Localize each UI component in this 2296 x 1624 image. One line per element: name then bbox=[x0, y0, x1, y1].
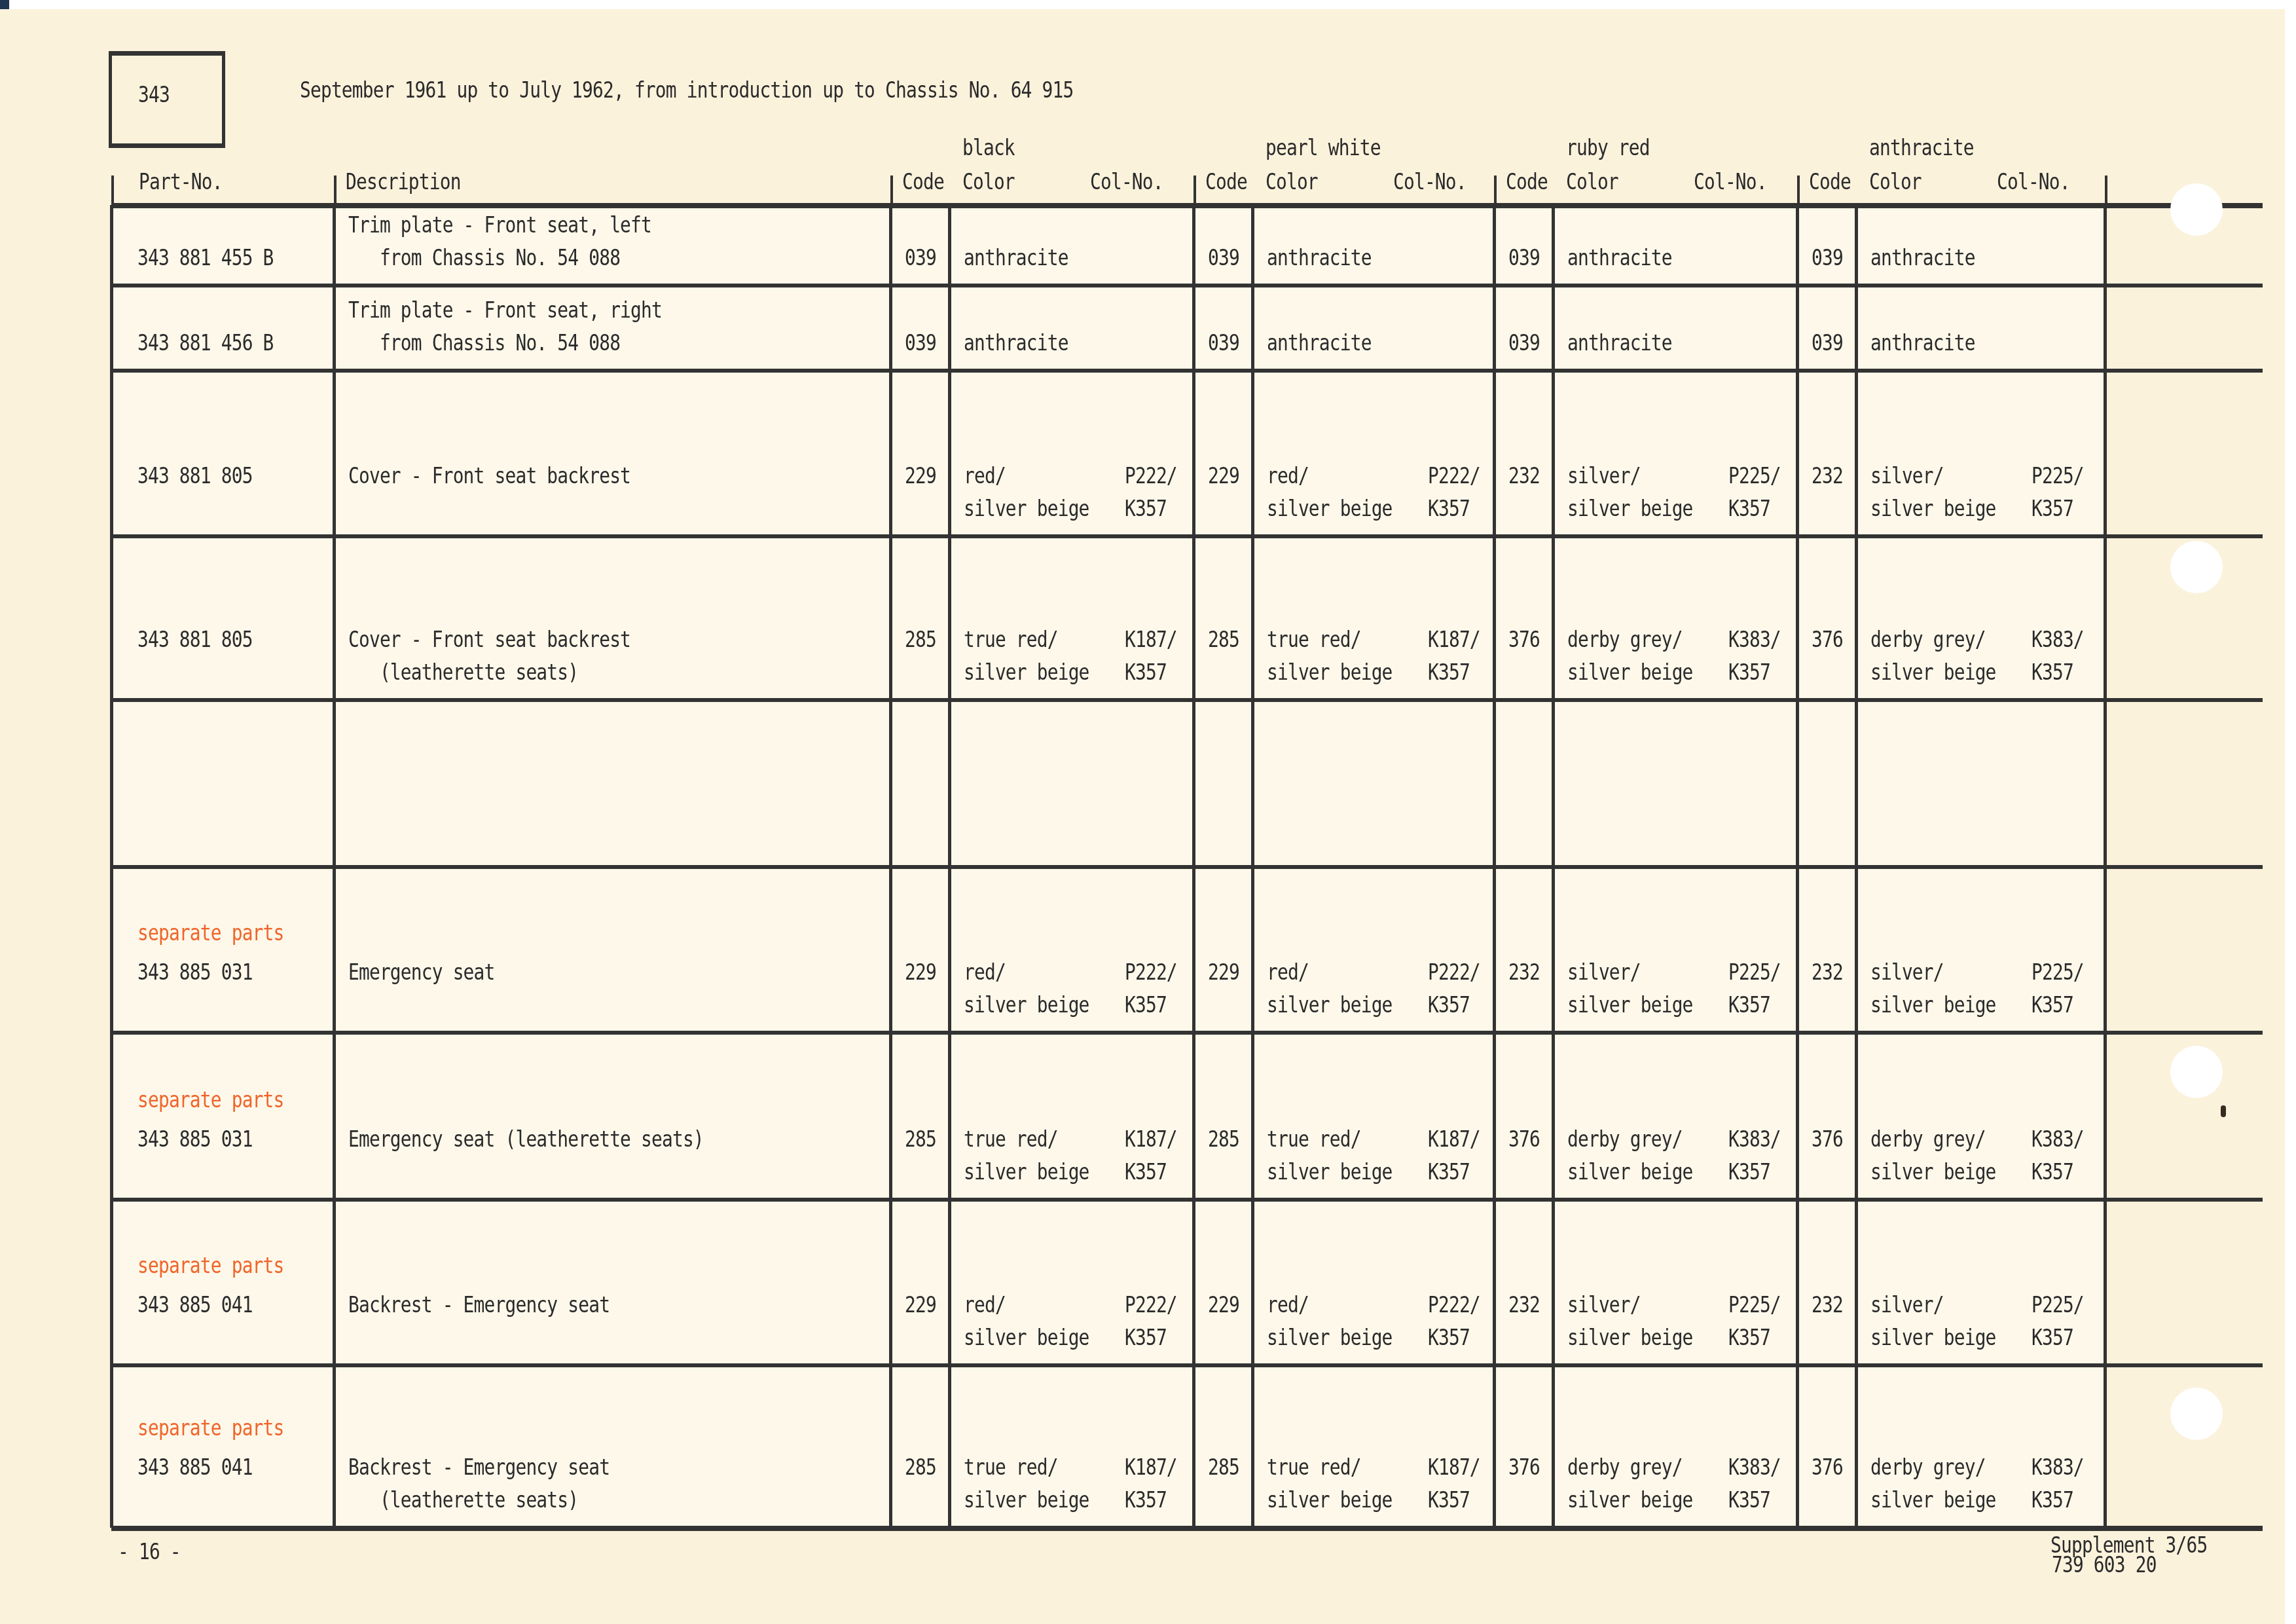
trim-color-line-2: silver beige bbox=[1567, 496, 1693, 522]
trim-color-line-1: true red/ bbox=[1267, 627, 1361, 653]
description-line-1: Trim plate - Front seat, right bbox=[348, 297, 662, 323]
col-no-line-1: P222/ bbox=[1428, 463, 1480, 489]
header-code: Code bbox=[1506, 169, 1548, 195]
column-divider bbox=[1251, 205, 1254, 1528]
color-code: 232 bbox=[1812, 1292, 1843, 1318]
trim-color-line-2: silver beige bbox=[1870, 496, 1996, 522]
trim-color-line-2: silver beige bbox=[1567, 1159, 1693, 1185]
part-number: 343 885 031 bbox=[137, 1126, 253, 1153]
description-line-1: Backrest - Emergency seat bbox=[348, 1454, 610, 1481]
col-no-line-2: K357 bbox=[1428, 496, 1470, 522]
punch-hole bbox=[2170, 1388, 2223, 1440]
color-code: 039 bbox=[1812, 330, 1843, 356]
col-no-line-1: K187/ bbox=[1125, 1126, 1177, 1153]
punch-hole bbox=[2170, 541, 2223, 593]
header-col-no: Col-No. bbox=[1090, 169, 1163, 195]
trim-color-line-1: true red/ bbox=[964, 627, 1058, 653]
color-code: 285 bbox=[905, 1126, 936, 1153]
color-code: 229 bbox=[905, 959, 936, 986]
trim-color-line-2: silver beige bbox=[1567, 992, 1693, 1018]
trim-color-line-1: silver/ bbox=[1567, 463, 1641, 489]
header-divider bbox=[1494, 175, 1497, 205]
color-code: 229 bbox=[1208, 959, 1239, 986]
trim-color-line-1: silver/ bbox=[1870, 463, 1944, 489]
color-code: 376 bbox=[1508, 1126, 1540, 1153]
col-no-line-1: K187/ bbox=[1125, 1454, 1177, 1481]
punch-hole bbox=[2170, 1046, 2223, 1098]
color-code: 229 bbox=[1208, 463, 1239, 489]
separate-parts-note: separate parts bbox=[137, 1415, 284, 1441]
trim-color-line-2: silver beige bbox=[1567, 659, 1693, 686]
trim-color-line-2: silver beige bbox=[1870, 1487, 1996, 1513]
header-divider bbox=[111, 175, 114, 205]
col-no-line-1: K383/ bbox=[2032, 627, 2084, 653]
header-color: Color bbox=[962, 169, 1015, 195]
row-divider bbox=[111, 1363, 2263, 1367]
color-code: 039 bbox=[1208, 245, 1239, 271]
description-line-2: from Chassis No. 54 088 bbox=[348, 330, 620, 356]
col-no-line-1: P222/ bbox=[1428, 959, 1480, 986]
color-code: 285 bbox=[1208, 627, 1239, 653]
color-code: 232 bbox=[1508, 959, 1540, 986]
trim-color-line-1: red/ bbox=[964, 959, 1006, 986]
col-no-line-2: K357 bbox=[1428, 1325, 1470, 1351]
col-no-line-1: P225/ bbox=[2032, 1292, 2084, 1318]
trim-color-line-1: red/ bbox=[964, 463, 1006, 489]
part-number: 343 881 456 B bbox=[137, 330, 274, 356]
header-divider bbox=[890, 175, 893, 205]
description-line-2: (leatherette seats) bbox=[348, 1487, 578, 1513]
trim-color-line-1: red/ bbox=[964, 1292, 1006, 1318]
row-divider bbox=[111, 284, 2263, 287]
trim-color-line-1: derby grey/ bbox=[1870, 627, 1986, 653]
part-number: 343 881 805 bbox=[137, 627, 253, 653]
description-line-2: from Chassis No. 54 088 bbox=[348, 245, 620, 271]
description-line-1: Emergency seat (leatherette seats) bbox=[348, 1126, 704, 1153]
col-no-line-1: K383/ bbox=[1728, 1454, 1781, 1481]
header-divider bbox=[1797, 175, 1800, 205]
color-code: 039 bbox=[1508, 330, 1540, 356]
col-no-line-2: K357 bbox=[2032, 992, 2073, 1018]
trim-color-line-2: silver beige bbox=[1267, 496, 1393, 522]
column-divider bbox=[333, 205, 336, 1528]
row-divider bbox=[111, 1526, 2263, 1531]
description-line-1: Trim plate - Front seat, left bbox=[348, 212, 651, 238]
part-number: 343 885 041 bbox=[137, 1454, 253, 1481]
column-divider bbox=[948, 205, 951, 1528]
trim-color-line-1: red/ bbox=[1267, 959, 1309, 986]
trim-color-line-1: true red/ bbox=[964, 1454, 1058, 1481]
header-color: Color bbox=[1566, 169, 1618, 195]
separate-parts-note: separate parts bbox=[137, 1253, 284, 1279]
color-code: 376 bbox=[1812, 1126, 1843, 1153]
trim-color-line-1: true red/ bbox=[1267, 1126, 1361, 1153]
header-color: Color bbox=[1869, 169, 1922, 195]
trim-color-line-2: silver beige bbox=[964, 1159, 1089, 1185]
color-code: 232 bbox=[1812, 463, 1843, 489]
trim-color-line-1: red/ bbox=[1267, 1292, 1309, 1318]
color-code: 285 bbox=[1208, 1126, 1239, 1153]
col-no-line-1: P222/ bbox=[1125, 463, 1177, 489]
row-divider bbox=[111, 1198, 2263, 1202]
col-no-line-2: K357 bbox=[2032, 1325, 2073, 1351]
trim-color-line-1: anthracite bbox=[1567, 245, 1672, 271]
header-description: Description bbox=[346, 169, 461, 195]
trim-color-line-1: silver/ bbox=[1567, 1292, 1641, 1318]
header-code: Code bbox=[1205, 169, 1247, 195]
col-no-line-2: K357 bbox=[1728, 1159, 1770, 1185]
color-code: 229 bbox=[1208, 1292, 1239, 1318]
part-number: 343 885 031 bbox=[137, 959, 253, 986]
color-code: 232 bbox=[1508, 1292, 1540, 1318]
col-no-line-1: P222/ bbox=[1125, 1292, 1177, 1318]
col-no-line-2: K357 bbox=[2032, 659, 2073, 686]
col-no-line-2: K357 bbox=[1728, 1325, 1770, 1351]
trim-color-line-1: true red/ bbox=[1267, 1454, 1361, 1481]
row-divider bbox=[111, 369, 2263, 373]
trim-color-line-2: silver beige bbox=[964, 496, 1089, 522]
trim-color-line-2: silver beige bbox=[1567, 1325, 1693, 1351]
trim-color-line-2: silver beige bbox=[1267, 1487, 1393, 1513]
trim-color-line-1: derby grey/ bbox=[1870, 1454, 1986, 1481]
color-code: 376 bbox=[1812, 1454, 1843, 1481]
col-no-line-2: K357 bbox=[1428, 1159, 1470, 1185]
trim-color-line-2: silver beige bbox=[964, 1487, 1089, 1513]
col-no-line-2: K357 bbox=[1125, 1487, 1167, 1513]
header-part-no: Part-No. bbox=[139, 169, 223, 195]
page-title: September 1961 up to July 1962, from int… bbox=[300, 77, 1073, 103]
header-body-color: ruby red bbox=[1566, 135, 1650, 161]
trim-color-line-2: silver beige bbox=[1267, 1159, 1393, 1185]
header-color: Color bbox=[1266, 169, 1318, 195]
color-code: 285 bbox=[905, 1454, 936, 1481]
column-divider bbox=[2104, 205, 2107, 1528]
col-no-line-1: K383/ bbox=[2032, 1126, 2084, 1153]
col-no-line-1: K187/ bbox=[1428, 627, 1480, 653]
trim-color-line-1: anthracite bbox=[1870, 330, 1975, 356]
row-divider bbox=[111, 203, 2263, 208]
trim-color-line-1: anthracite bbox=[1267, 245, 1372, 271]
trim-color-line-1: silver/ bbox=[1870, 959, 1944, 986]
col-no-line-1: P225/ bbox=[1728, 463, 1781, 489]
column-divider bbox=[1493, 205, 1496, 1528]
color-code: 039 bbox=[905, 330, 936, 356]
description-line-1: Emergency seat bbox=[348, 959, 495, 986]
part-number: 343 881 805 bbox=[137, 463, 253, 489]
header-divider bbox=[334, 175, 337, 205]
color-code: 376 bbox=[1508, 627, 1540, 653]
col-no-line-2: K357 bbox=[1728, 1487, 1770, 1513]
trim-color-line-1: derby grey/ bbox=[1567, 1454, 1683, 1481]
header-body-color: anthracite bbox=[1869, 135, 1974, 161]
trim-color-line-1: anthracite bbox=[964, 245, 1068, 271]
part-number: 343 885 041 bbox=[137, 1292, 253, 1318]
col-no-line-1: K187/ bbox=[1428, 1126, 1480, 1153]
trim-color-line-1: true red/ bbox=[964, 1126, 1058, 1153]
col-no-line-1: P225/ bbox=[1728, 959, 1781, 986]
description-line-1: Cover - Front seat backrest bbox=[348, 463, 630, 489]
trim-color-line-2: silver beige bbox=[964, 659, 1089, 686]
color-code: 229 bbox=[905, 463, 936, 489]
header-col-no: Col-No. bbox=[1997, 169, 2070, 195]
row-divider bbox=[111, 865, 2263, 869]
col-no-line-2: K357 bbox=[2032, 1159, 2073, 1185]
trim-color-line-2: silver beige bbox=[1267, 659, 1393, 686]
color-code: 376 bbox=[1508, 1454, 1540, 1481]
col-no-line-1: P225/ bbox=[2032, 463, 2084, 489]
col-no-line-1: K187/ bbox=[1125, 627, 1177, 653]
color-code: 039 bbox=[1812, 245, 1843, 271]
header-col-no: Col-No. bbox=[1393, 169, 1467, 195]
punch-hole bbox=[2170, 183, 2223, 236]
trim-color-line-1: silver/ bbox=[1567, 959, 1641, 986]
column-divider bbox=[1796, 205, 1799, 1528]
trim-color-line-2: silver beige bbox=[1267, 992, 1393, 1018]
trim-color-line-2: silver beige bbox=[1870, 1325, 1996, 1351]
header-col-no: Col-No. bbox=[1694, 169, 1767, 195]
col-no-line-2: K357 bbox=[1728, 992, 1770, 1018]
color-code: 229 bbox=[905, 1292, 936, 1318]
trim-color-line-1: silver/ bbox=[1870, 1292, 1944, 1318]
row-divider bbox=[111, 698, 2263, 702]
section-number: 343 bbox=[138, 82, 170, 108]
col-no-line-2: K357 bbox=[1428, 992, 1470, 1018]
section-number-box: 343 bbox=[109, 51, 225, 148]
color-code: 232 bbox=[1508, 463, 1540, 489]
trim-color-line-2: silver beige bbox=[964, 1325, 1089, 1351]
ink-mark bbox=[2221, 1105, 2226, 1117]
trim-color-line-1: anthracite bbox=[1870, 245, 1975, 271]
col-no-line-1: P222/ bbox=[1428, 1292, 1480, 1318]
trim-color-line-1: anthracite bbox=[1267, 330, 1372, 356]
column-divider bbox=[110, 205, 113, 1528]
trim-color-line-1: anthracite bbox=[964, 330, 1068, 356]
col-no-line-1: K383/ bbox=[2032, 1454, 2084, 1481]
header-body-color: black bbox=[962, 135, 1015, 161]
trim-color-line-2: silver beige bbox=[1870, 992, 1996, 1018]
page-number: - 16 - bbox=[118, 1539, 181, 1565]
col-no-line-2: K357 bbox=[1428, 659, 1470, 686]
description-line-1: Backrest - Emergency seat bbox=[348, 1292, 610, 1318]
color-code: 376 bbox=[1812, 627, 1843, 653]
column-divider bbox=[1552, 205, 1555, 1528]
column-divider bbox=[1192, 205, 1195, 1528]
header-body-color: pearl white bbox=[1266, 135, 1381, 161]
col-no-line-2: K357 bbox=[1125, 496, 1167, 522]
trim-color-line-1: red/ bbox=[1267, 463, 1309, 489]
col-no-line-2: K357 bbox=[1125, 659, 1167, 686]
trim-color-line-1: derby grey/ bbox=[1567, 1126, 1683, 1153]
trim-color-line-1: derby grey/ bbox=[1567, 627, 1683, 653]
color-code: 039 bbox=[905, 245, 936, 271]
col-no-line-2: K357 bbox=[1125, 1159, 1167, 1185]
color-code: 232 bbox=[1812, 959, 1843, 986]
col-no-line-1: K383/ bbox=[1728, 627, 1781, 653]
trim-color-line-1: anthracite bbox=[1567, 330, 1672, 356]
col-no-line-2: K357 bbox=[2032, 1487, 2073, 1513]
col-no-line-2: K357 bbox=[1125, 1325, 1167, 1351]
col-no-line-2: K357 bbox=[1728, 659, 1770, 686]
col-no-line-2: K357 bbox=[1728, 496, 1770, 522]
col-no-line-1: P225/ bbox=[2032, 959, 2084, 986]
trim-color-line-1: derby grey/ bbox=[1870, 1126, 1986, 1153]
col-no-line-1: K187/ bbox=[1428, 1454, 1480, 1481]
part-number: 343 881 455 B bbox=[137, 245, 274, 271]
description-line-1: Cover - Front seat backrest bbox=[348, 627, 630, 653]
trim-color-line-2: silver beige bbox=[1870, 1159, 1996, 1185]
trim-color-line-2: silver beige bbox=[1567, 1487, 1693, 1513]
color-code: 039 bbox=[1508, 245, 1540, 271]
header-code: Code bbox=[1809, 169, 1851, 195]
color-code: 285 bbox=[905, 627, 936, 653]
col-no-line-2: K357 bbox=[1428, 1487, 1470, 1513]
separate-parts-note: separate parts bbox=[137, 1087, 284, 1113]
col-no-line-1: P225/ bbox=[1728, 1292, 1781, 1318]
col-no-line-2: K357 bbox=[2032, 496, 2073, 522]
row-divider bbox=[111, 1031, 2263, 1035]
doc-number: 739 603 20 bbox=[2052, 1555, 2157, 1575]
trim-color-line-2: silver beige bbox=[964, 992, 1089, 1018]
col-no-line-1: K383/ bbox=[1728, 1126, 1781, 1153]
header-code: Code bbox=[902, 169, 944, 195]
row-divider bbox=[111, 534, 2263, 538]
col-no-line-1: P222/ bbox=[1125, 959, 1177, 986]
separate-parts-note: separate parts bbox=[137, 920, 284, 946]
header-divider bbox=[2105, 175, 2107, 205]
column-divider bbox=[1855, 205, 1858, 1528]
color-code: 285 bbox=[1208, 1454, 1239, 1481]
description-line-2: (leatherette seats) bbox=[348, 659, 578, 686]
column-divider bbox=[889, 205, 892, 1528]
trim-color-line-2: silver beige bbox=[1267, 1325, 1393, 1351]
color-code: 039 bbox=[1208, 330, 1239, 356]
trim-color-line-2: silver beige bbox=[1870, 659, 1996, 686]
col-no-line-2: K357 bbox=[1125, 992, 1167, 1018]
header-divider bbox=[1194, 175, 1196, 205]
